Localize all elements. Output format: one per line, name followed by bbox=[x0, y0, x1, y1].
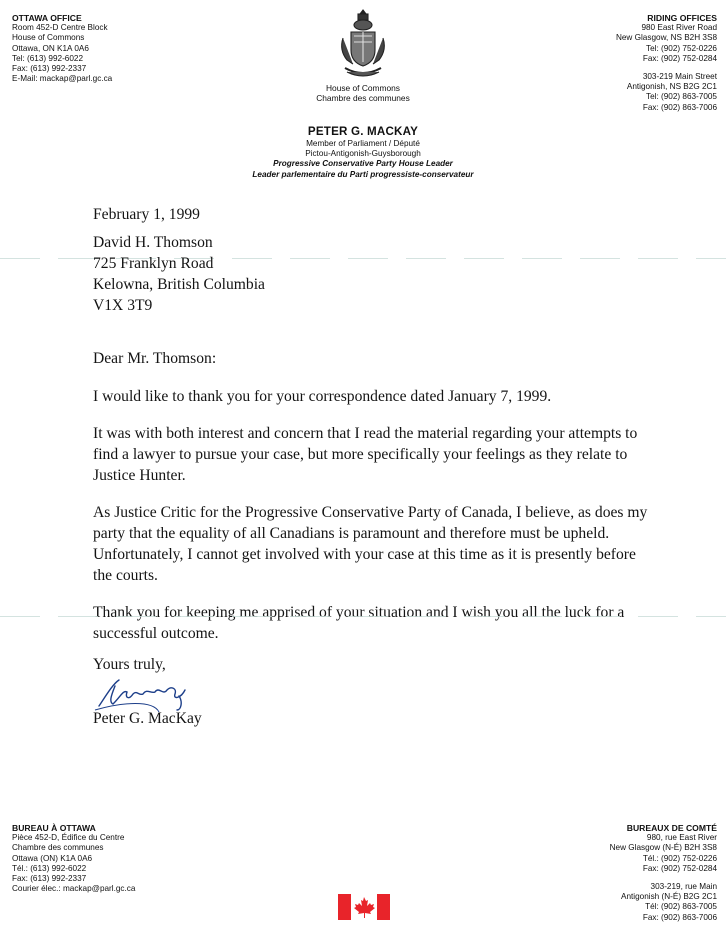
paragraph: I would like to thank you for your corre… bbox=[93, 386, 653, 407]
phone-line: Tel: (902) 863-7005 bbox=[616, 92, 717, 102]
address-line: House of Commons bbox=[12, 33, 112, 43]
address-line: Antigonish (N-É) B2G 2C1 bbox=[610, 892, 717, 902]
address-line: Antigonish, NS B2G 2C1 bbox=[616, 82, 717, 92]
phone-line: Tél.: (613) 992-6022 bbox=[12, 864, 135, 874]
fax-line: Fax: (902) 863-7006 bbox=[610, 913, 717, 923]
fax-line: Fax: (613) 992-2337 bbox=[12, 64, 112, 74]
email-line: E-Mail: mackap@parl.gc.ca bbox=[12, 74, 112, 84]
email-line: Courier élec.: mackap@parl.gc.ca bbox=[12, 884, 135, 894]
role-fr: Leader parlementaire du Parti progressis… bbox=[213, 170, 513, 180]
phone-line: Tel: (613) 992-6022 bbox=[12, 54, 112, 64]
riding-name: Pictou-Antigonish-Guysborough bbox=[213, 149, 513, 159]
paragraph: As Justice Critic for the Progressive Co… bbox=[93, 502, 653, 586]
salutation: Dear Mr. Thomson: bbox=[93, 348, 216, 369]
phone-line: Tel: (902) 752-0226 bbox=[616, 44, 717, 54]
address-line: 303-219, rue Main bbox=[610, 882, 717, 892]
fold-line bbox=[0, 616, 726, 617]
fax-line: Fax: (902) 752-0284 bbox=[616, 54, 717, 64]
paragraph: It was with both interest and concern th… bbox=[93, 423, 653, 486]
canada-flag-icon bbox=[338, 894, 390, 920]
bureaux-comte-heading: BUREAUX DE COMTÉ bbox=[610, 823, 717, 833]
ottawa-office-heading: OTTAWA OFFICE bbox=[12, 13, 112, 23]
address-line: New Glasgow (N-É) B2H 3S8 bbox=[610, 843, 717, 853]
member-name: PETER G. MACKAY bbox=[213, 125, 513, 139]
address-line: Pièce 452-D, Édifice du Centre bbox=[12, 833, 135, 843]
ottawa-office-address: OTTAWA OFFICE Room 452-D Centre Block Ho… bbox=[12, 13, 112, 84]
house-of-commons-label: House of Commons Chambre des communes bbox=[290, 84, 436, 103]
address-line: 980 East River Road bbox=[616, 23, 717, 33]
riding-offices-heading: RIDING OFFICES bbox=[616, 13, 717, 23]
signer-name: Peter G. MacKay bbox=[93, 708, 202, 729]
bureaux-comte-address: BUREAUX DE COMTÉ 980, rue East River New… bbox=[610, 823, 717, 923]
phone-line: Tél.: (902) 752-0226 bbox=[610, 854, 717, 864]
phone-line: Tél: (902) 863-7005 bbox=[610, 902, 717, 912]
fax-line: Fax: (613) 992-2337 bbox=[12, 874, 135, 884]
bureau-ottawa-heading: BUREAU À OTTAWA bbox=[12, 823, 135, 833]
coat-of-arms-icon bbox=[337, 8, 389, 80]
paragraph: Thank you for keeping me apprised of you… bbox=[93, 602, 653, 644]
address-line: 303-219 Main Street bbox=[616, 72, 717, 82]
recipient-postal-code: V1X 3T9 bbox=[93, 295, 265, 316]
bureau-ottawa-address: BUREAU À OTTAWA Pièce 452-D, Édifice du … bbox=[12, 823, 135, 894]
recipient-street: 725 Franklyn Road bbox=[93, 253, 265, 274]
recipient-address: David H. Thomson 725 Franklyn Road Kelow… bbox=[93, 232, 265, 316]
address-line: Ottawa (ON) K1A 0A6 bbox=[12, 854, 135, 864]
fax-line: Fax: (902) 863-7006 bbox=[616, 103, 717, 113]
address-line: New Glasgow, NS B2H 3S8 bbox=[616, 33, 717, 43]
address-line: Room 452-D Centre Block bbox=[12, 23, 112, 33]
member-title: Member of Parliament / Député bbox=[213, 139, 513, 149]
recipient-name: David H. Thomson bbox=[93, 232, 265, 253]
member-block: PETER G. MACKAY Member of Parliament / D… bbox=[213, 125, 513, 180]
address-line: Ottawa, ON K1A 0A6 bbox=[12, 44, 112, 54]
house-name-fr: Chambre des communes bbox=[290, 94, 436, 104]
closing: Yours truly, bbox=[93, 654, 166, 675]
riding-offices-address: RIDING OFFICES 980 East River Road New G… bbox=[616, 13, 717, 113]
address-line: Chambre des communes bbox=[12, 843, 135, 853]
letter-date: February 1, 1999 bbox=[93, 204, 200, 225]
fax-line: Fax: (902) 752-0284 bbox=[610, 864, 717, 874]
role-en: Progressive Conservative Party House Lea… bbox=[213, 159, 513, 169]
recipient-city: Kelowna, British Columbia bbox=[93, 274, 265, 295]
address-line: 980, rue East River bbox=[610, 833, 717, 843]
letter-body: I would like to thank you for your corre… bbox=[93, 386, 653, 660]
